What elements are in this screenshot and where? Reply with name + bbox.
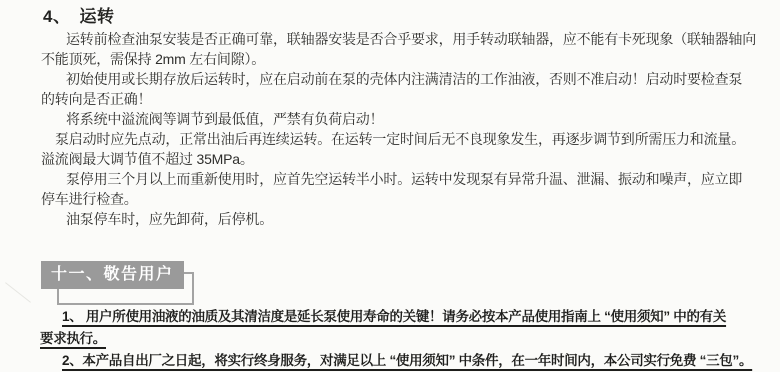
notice-section-banner: 十一、敬告用户 <box>41 261 211 309</box>
notice-heading: 十一、敬告用户 <box>51 266 174 283</box>
operation-line: 不能顶死，需保持 2mm 左右间隙）。 <box>41 49 776 69</box>
notice-item-line: 1、 用户所使用油液的油质及其清洁度是延长泵使用寿命的关键！请务必按本产品使用指… <box>62 306 772 328</box>
notice-section-body: 1、 用户所使用油液的油质及其清洁度是延长泵使用寿命的关键！请务必按本产品使用指… <box>40 306 772 372</box>
scan-artifact <box>5 282 31 302</box>
operation-section: 4、 运转 运转前检查油泵安装是否正确可靠，联轴器安装是否合乎要求，用手转动联轴… <box>41 4 776 229</box>
operation-line: 停车进行检查。 <box>41 189 776 209</box>
notice-item-line: 2、本产品自出厂之日起，将实行终身服务，对满足以上 “使用须知” 中条件，在一年… <box>62 350 772 372</box>
document-page: 4、 运转 运转前检查油泵安装是否正确可靠，联轴器安装是否合乎要求，用手转动联轴… <box>0 0 780 372</box>
operation-line: 泵停用三个月以上而重新使用时，应首先空运转半小时。运转中发现泵有异常升温、泄漏、… <box>66 169 776 189</box>
operation-line: 的转向是否正确！ <box>41 89 776 109</box>
operation-line: 初始使用或长期存放后运转时，应在启动前在泵的壳体内注满清洁的工作油液，否则不准启… <box>66 69 776 89</box>
notice-item-line: 要求执行。 <box>40 328 772 350</box>
operation-heading: 4、 运转 <box>43 4 776 29</box>
notice-banner-box: 十一、敬告用户 <box>41 261 184 289</box>
operation-line: 运转前检查油泵安装是否正确可靠，联轴器安装是否合乎要求，用手转动联轴器，应不能有… <box>66 29 776 49</box>
operation-line: 泵启动时应先点动，正常出油后再连续运转。在运转一定时间后无不良现象发生，再逐步调… <box>55 129 776 149</box>
operation-line: 溢流阀最大调节值不超过 35MPa。 <box>41 149 776 169</box>
operation-line: 将系统中溢流阀等调节到最低值，严禁有负荷启动！ <box>66 109 776 129</box>
operation-line: 油泵停车时，应先卸荷，后停机。 <box>66 209 776 229</box>
